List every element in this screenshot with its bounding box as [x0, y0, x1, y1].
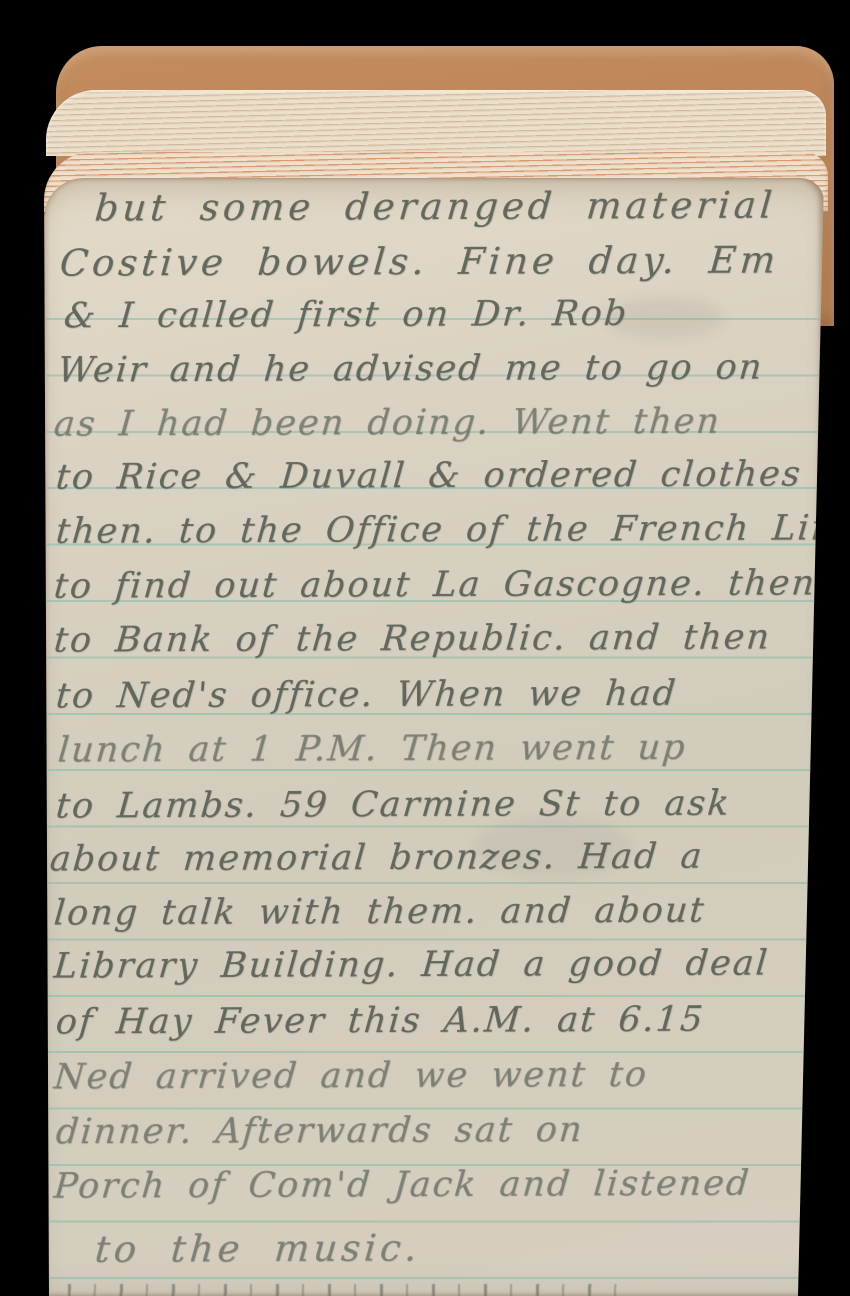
partial-next-line — [68, 1284, 628, 1296]
page-edge-stack-upper — [46, 90, 826, 156]
handwriting-line: to find out about La Gascogne. then — [52, 566, 817, 604]
handwriting-line: dinner. Afterwards sat on — [54, 1113, 584, 1150]
handwriting-line: & I called first on Dr. Rob — [62, 297, 629, 334]
handwriting-line: Ned arrived and we went to — [52, 1058, 649, 1096]
handwriting-line: Weir and he advised me to go on — [56, 350, 764, 388]
handwriting-line: to Bank of the Republic. and then — [52, 620, 772, 658]
handwriting-line: to Lambs. 59 Carmine St to ask — [54, 787, 732, 825]
handwriting-line: lunch at 1 P.M. Then went up — [56, 731, 687, 769]
handwriting-line: as I had been doing. Went then — [52, 405, 722, 443]
handwriting-line: to Rice & Duvall & ordered clothes — [54, 457, 803, 495]
handwriting-line: Library Building. Had a good deal — [52, 946, 770, 984]
handwriting-line: to the music. — [93, 1229, 422, 1267]
handwriting-line: of Hay Fever this A.M. at 6.15 — [54, 1003, 705, 1041]
notebook-photo: but some deranged material Costive bowel… — [0, 0, 850, 1296]
handwriting-line: to Ned's office. When we had — [54, 677, 678, 715]
handwriting-line: about memorial bronzes. Had a — [48, 840, 704, 878]
handwriting-line: but some deranged material — [93, 187, 777, 227]
handwriting-line: Costive bowels. Fine day. Em — [58, 241, 780, 281]
handwriting-line: then. to the Office of the French Line — [54, 511, 824, 549]
handwriting-line: Porch of Com'd Jack and listened — [52, 1166, 751, 1204]
notebook-page: but some deranged material Costive bowel… — [44, 178, 824, 1296]
handwriting-line: long talk with them. and about — [52, 894, 706, 932]
